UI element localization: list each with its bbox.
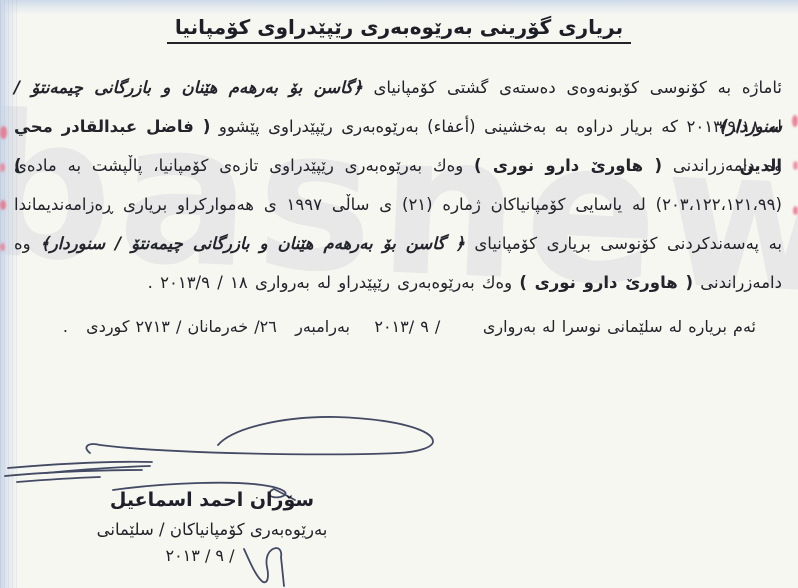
body-line-3-text: وە دامەزراندنی	[673, 156, 782, 175]
scan-artifact	[0, 200, 6, 210]
new-director-name: ( هاورێ دارو نوری )	[519, 273, 693, 292]
body-line-1-text: ئاماژە بە كۆنوسی كۆبونەوەی دەستەی گشتی ك…	[373, 78, 782, 97]
body-line-6: دامەزراندنی ( هاورێ دارو نوری ) وەك بەرێ…	[14, 263, 782, 302]
new-director-name: ( هاورێ دارو نوری )	[474, 156, 662, 175]
scan-artifact	[792, 115, 798, 127]
body-line-5: بە پەسەندكردنی كۆنوسی بریاری كۆمپانیای ﴿…	[14, 224, 782, 263]
scan-artifact	[0, 126, 7, 139]
signatory-date: / ٩ / ٢٠١٣	[20, 546, 380, 565]
body-line-3: وە دامەزراندنی ( هاورێ دارو نوری ) وەك ب…	[14, 146, 782, 185]
body-line-1: ئاماژە بە كۆنوسی كۆبونەوەی دەستەی گشتی ك…	[14, 68, 782, 107]
scan-artifact	[0, 243, 5, 251]
scan-artifact	[793, 161, 798, 170]
scan-artifact	[793, 206, 798, 215]
body-line-6-text: دامەزراندنی	[700, 273, 782, 292]
issue-date-line: ئەم بریارە لە سلێمانی نوسرا لە بەرواری /…	[36, 315, 756, 339]
body-line-4: (٢٠٣،١٢٢،١٢١،٩٩) لە یاسایی كۆمپانیاكان ژ…	[14, 185, 782, 224]
body-line-5-text: بە پەسەندكردنی كۆنوسی بریاری كۆمپانیای	[474, 234, 782, 253]
signatory-name: سۆران احمد اسماعیل	[32, 489, 392, 511]
signatory-position: بەرێوەبەری كۆمپانیاكان / سلێمانی	[32, 520, 392, 539]
signatory-block: سۆران احمد اسماعیل بەرێوەبەری كۆمپانیاكا…	[32, 489, 392, 565]
body-line-6-text-cont: وەك بەرێوەبەری رێپێدراو لە بەرواری ١٨ / …	[148, 273, 513, 292]
title-row: بریاری گۆرینی بەرێوەبەری رێپێدراوی كۆمپا…	[0, 0, 798, 44]
body-line-3-text-cont: وەك بەرێوەبەری رێپێدراوی تازەی كۆمپانیا،…	[14, 156, 463, 175]
scan-artifact	[0, 163, 5, 172]
body-line-2-text: لە ٢٠١٣/٩/١٨ كە بریار دراوە بە بەخشینی (…	[219, 117, 782, 136]
body-line-5-text-cont: وە	[14, 234, 31, 253]
company-name: ﴿ گاسن بۆ بەرهەم هێنان و بازرگانی چیمەنت…	[40, 234, 465, 253]
scanned-document: basnews بریاری گۆرینی بەرێوەبەری رێپێدرا…	[0, 0, 798, 588]
body-line-4-text: (٢٠٣،١٢٢،١٢١،٩٩) لە یاسایی كۆمپانیاكان ژ…	[14, 195, 782, 214]
decision-body: ئاماژە بە كۆنوسی كۆبونەوەی دەستەی گشتی ك…	[14, 68, 782, 302]
body-line-2: لە ٢٠١٣/٩/١٨ كە بریار دراوە بە بەخشینی (…	[14, 107, 782, 146]
document-title: بریاری گۆرینی بەرێوەبەری رێپێدراوی كۆمپا…	[167, 15, 631, 44]
